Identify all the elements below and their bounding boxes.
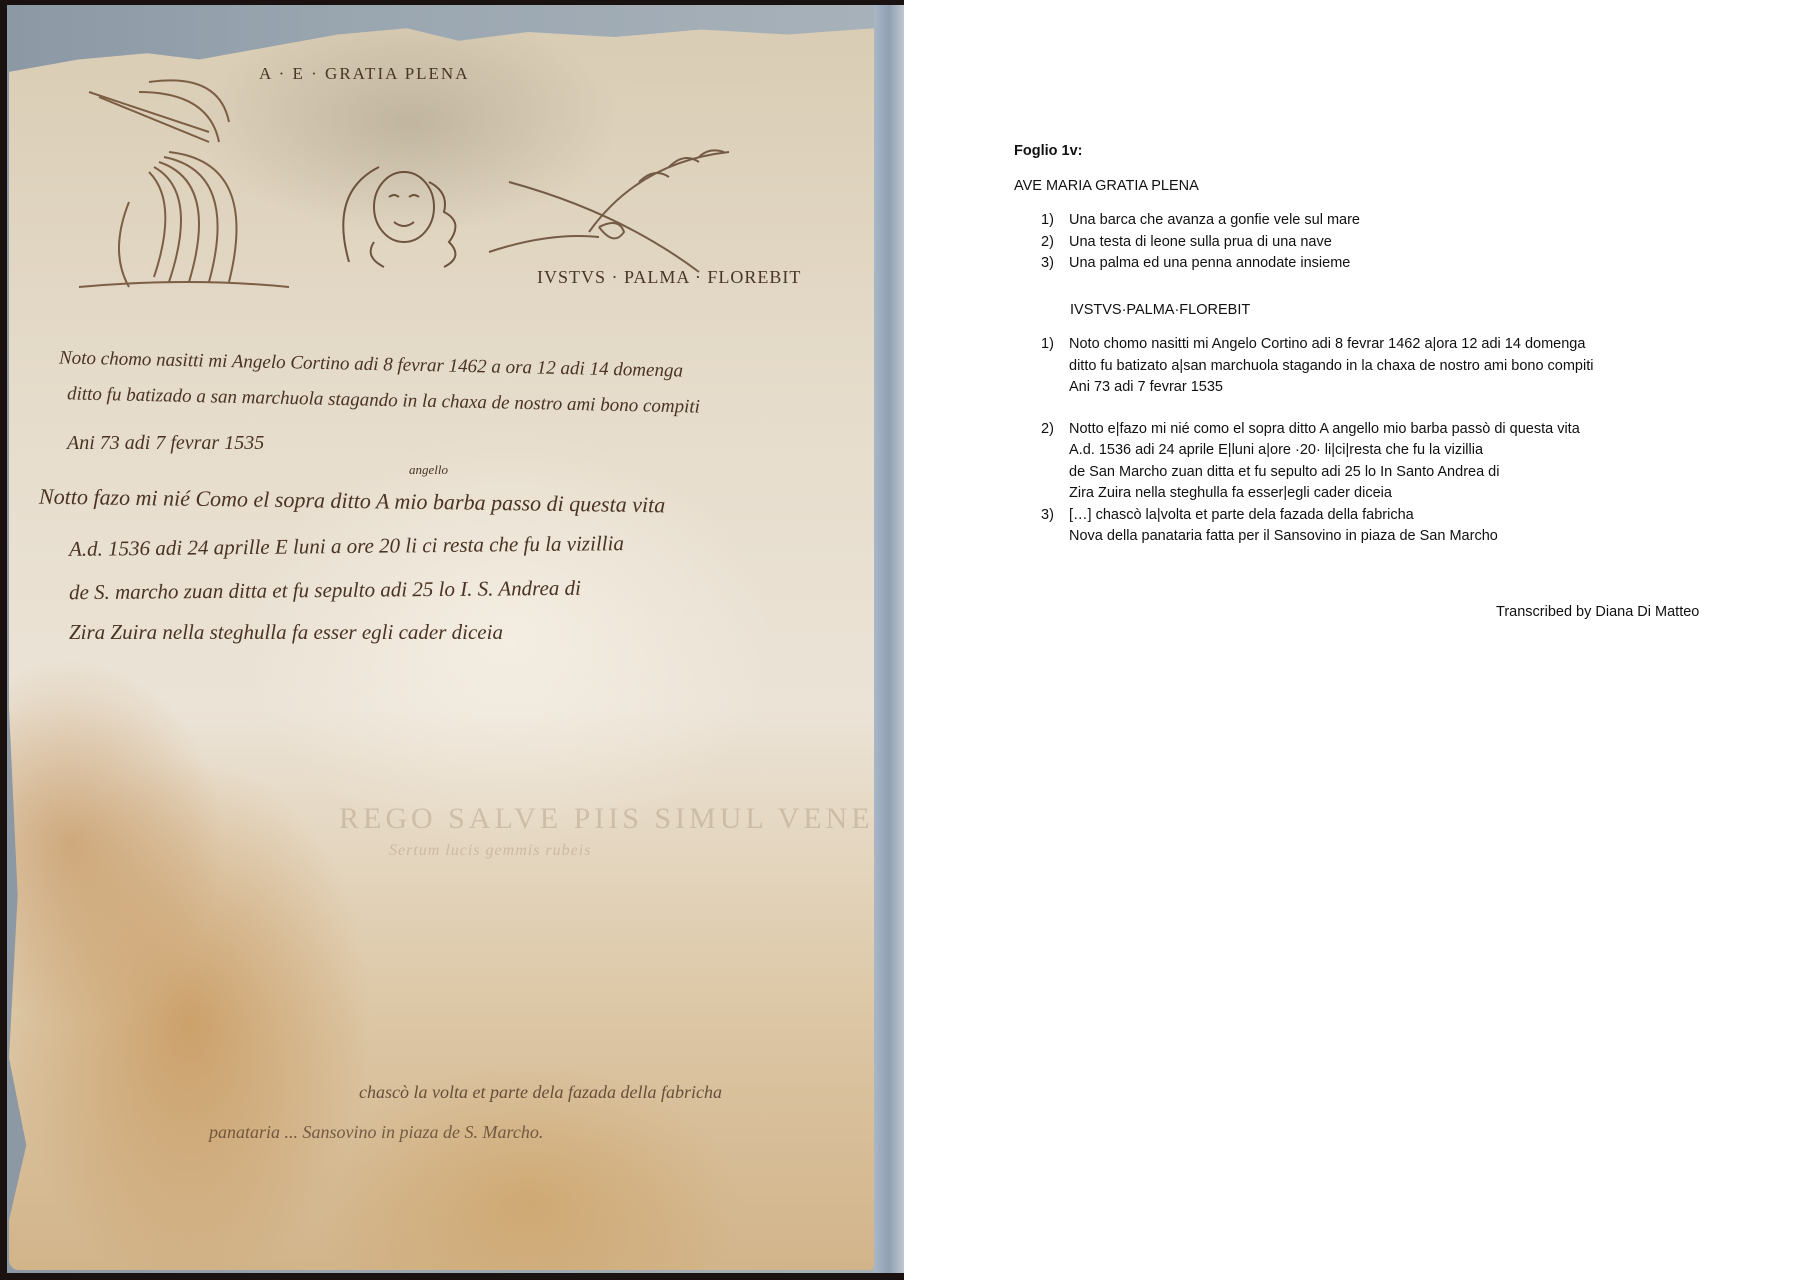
entry-text: […] chascò la|volta et parte dela fazada…	[1069, 505, 1498, 548]
ship-sketch-icon	[69, 52, 299, 292]
entry-line: Zira Zuira nella steghulla fa esser|egli…	[1069, 483, 1580, 505]
entry-line: Nova della panataria fatta per il Sansov…	[1069, 526, 1498, 548]
entry-line: Ani 73 adi 7 fevrar 1535	[1069, 377, 1593, 399]
manuscript-page: REGO SALVE PIIS SIMUL VENERAND Sertum lu…	[9, 22, 874, 1270]
entry-text: Notto e|fazo mi nié como el sopra ditto …	[1069, 419, 1580, 505]
list-text: Una barca che avanza a gonfie vele sul m…	[1069, 210, 1360, 232]
handwritten-line: Zira Zuira nella steghulla fa esser egli…	[69, 620, 503, 645]
transcriber-credit: Transcribed by Diana Di Matteo	[1496, 604, 1699, 620]
entry-line: […] chascò la|volta et parte dela fazada…	[1069, 505, 1498, 527]
handwritten-line: panataria ... Sansovino in piaza de S. M…	[209, 1122, 543, 1143]
entry-list: 1) Noto chomo nasitti mi Angelo Cortino …	[1041, 334, 1593, 548]
handwritten-line: de S. marcho zuan ditta et fu sepulto ad…	[69, 576, 581, 605]
entry-item: 1) Noto chomo nasitti mi Angelo Cortino …	[1041, 334, 1593, 399]
list-text: Una palma ed una penna annodate insieme	[1069, 253, 1350, 275]
handwritten-line: chascò la volta et parte dela fazada del…	[359, 1082, 722, 1103]
list-number: 1)	[1041, 210, 1069, 232]
entry-item: 2) Notto e|fazo mi nié como el sopra dit…	[1041, 419, 1593, 505]
image-description-list: 1) Una barca che avanza a gonfie vele su…	[1041, 210, 1360, 275]
manuscript-motto: IVSTVS · PALMA · FLOREBIT	[537, 267, 801, 288]
list-number: 2)	[1041, 232, 1069, 254]
entry-line: Noto chomo nasitti mi Angelo Cortino adi…	[1069, 334, 1593, 356]
handwritten-line: Ani 73 adi 7 fevrar 1535	[67, 432, 264, 455]
motto-text: IVSTVS·PALMA·FLOREBIT	[1070, 302, 1250, 318]
show-through-text: Sertum lucis gemmis rubeis	[389, 842, 591, 860]
folio-heading: Foglio 1v:	[1014, 143, 1082, 159]
entry-number: 3)	[1041, 505, 1069, 548]
handwritten-line: A.d. 1536 adi 24 aprille E luni a ore 20…	[69, 531, 624, 562]
entry-line: ditto fu batizato a|san marchuola stagan…	[1069, 356, 1593, 378]
manuscript-image: REGO SALVE PIIS SIMUL VENERAND Sertum lu…	[0, 0, 904, 1280]
handwritten-line: Notto fazo mi nié Como el sopra ditto A …	[39, 484, 666, 519]
entry-line: de San Marcho zuan ditta et fu sepulto a…	[1069, 462, 1580, 484]
entry-number: 1)	[1041, 334, 1069, 399]
binding-strip	[874, 5, 904, 1273]
entry-number: 2)	[1041, 419, 1069, 505]
handwritten-line: ditto fu batizado a san marchuola stagan…	[67, 383, 700, 418]
entry-line: A.d. 1536 adi 24 aprile E|luni a|ore ·20…	[1069, 440, 1580, 462]
entry-line: Notto e|fazo mi nié como el sopra ditto …	[1069, 419, 1580, 441]
list-item: 1) Una barca che avanza a gonfie vele su…	[1041, 210, 1360, 232]
invocation-text: AVE MARIA GRATIA PLENA	[1014, 178, 1199, 194]
entry-item: 3) […] chascò la|volta et parte dela faz…	[1041, 505, 1593, 548]
handwritten-line: Noto chomo nasitti mi Angelo Cortino adi…	[59, 347, 683, 382]
list-text: Una testa di leone sulla prua di una nav…	[1069, 232, 1332, 254]
interlinear-note: angello	[409, 462, 448, 478]
list-item: 2) Una testa di leone sulla prua di una …	[1041, 232, 1360, 254]
entry-text: Noto chomo nasitti mi Angelo Cortino adi…	[1069, 334, 1593, 399]
list-number: 3)	[1041, 253, 1069, 275]
list-item: 3) Una palma ed una penna annodate insie…	[1041, 253, 1360, 275]
lion-head-sketch-icon	[329, 152, 489, 282]
